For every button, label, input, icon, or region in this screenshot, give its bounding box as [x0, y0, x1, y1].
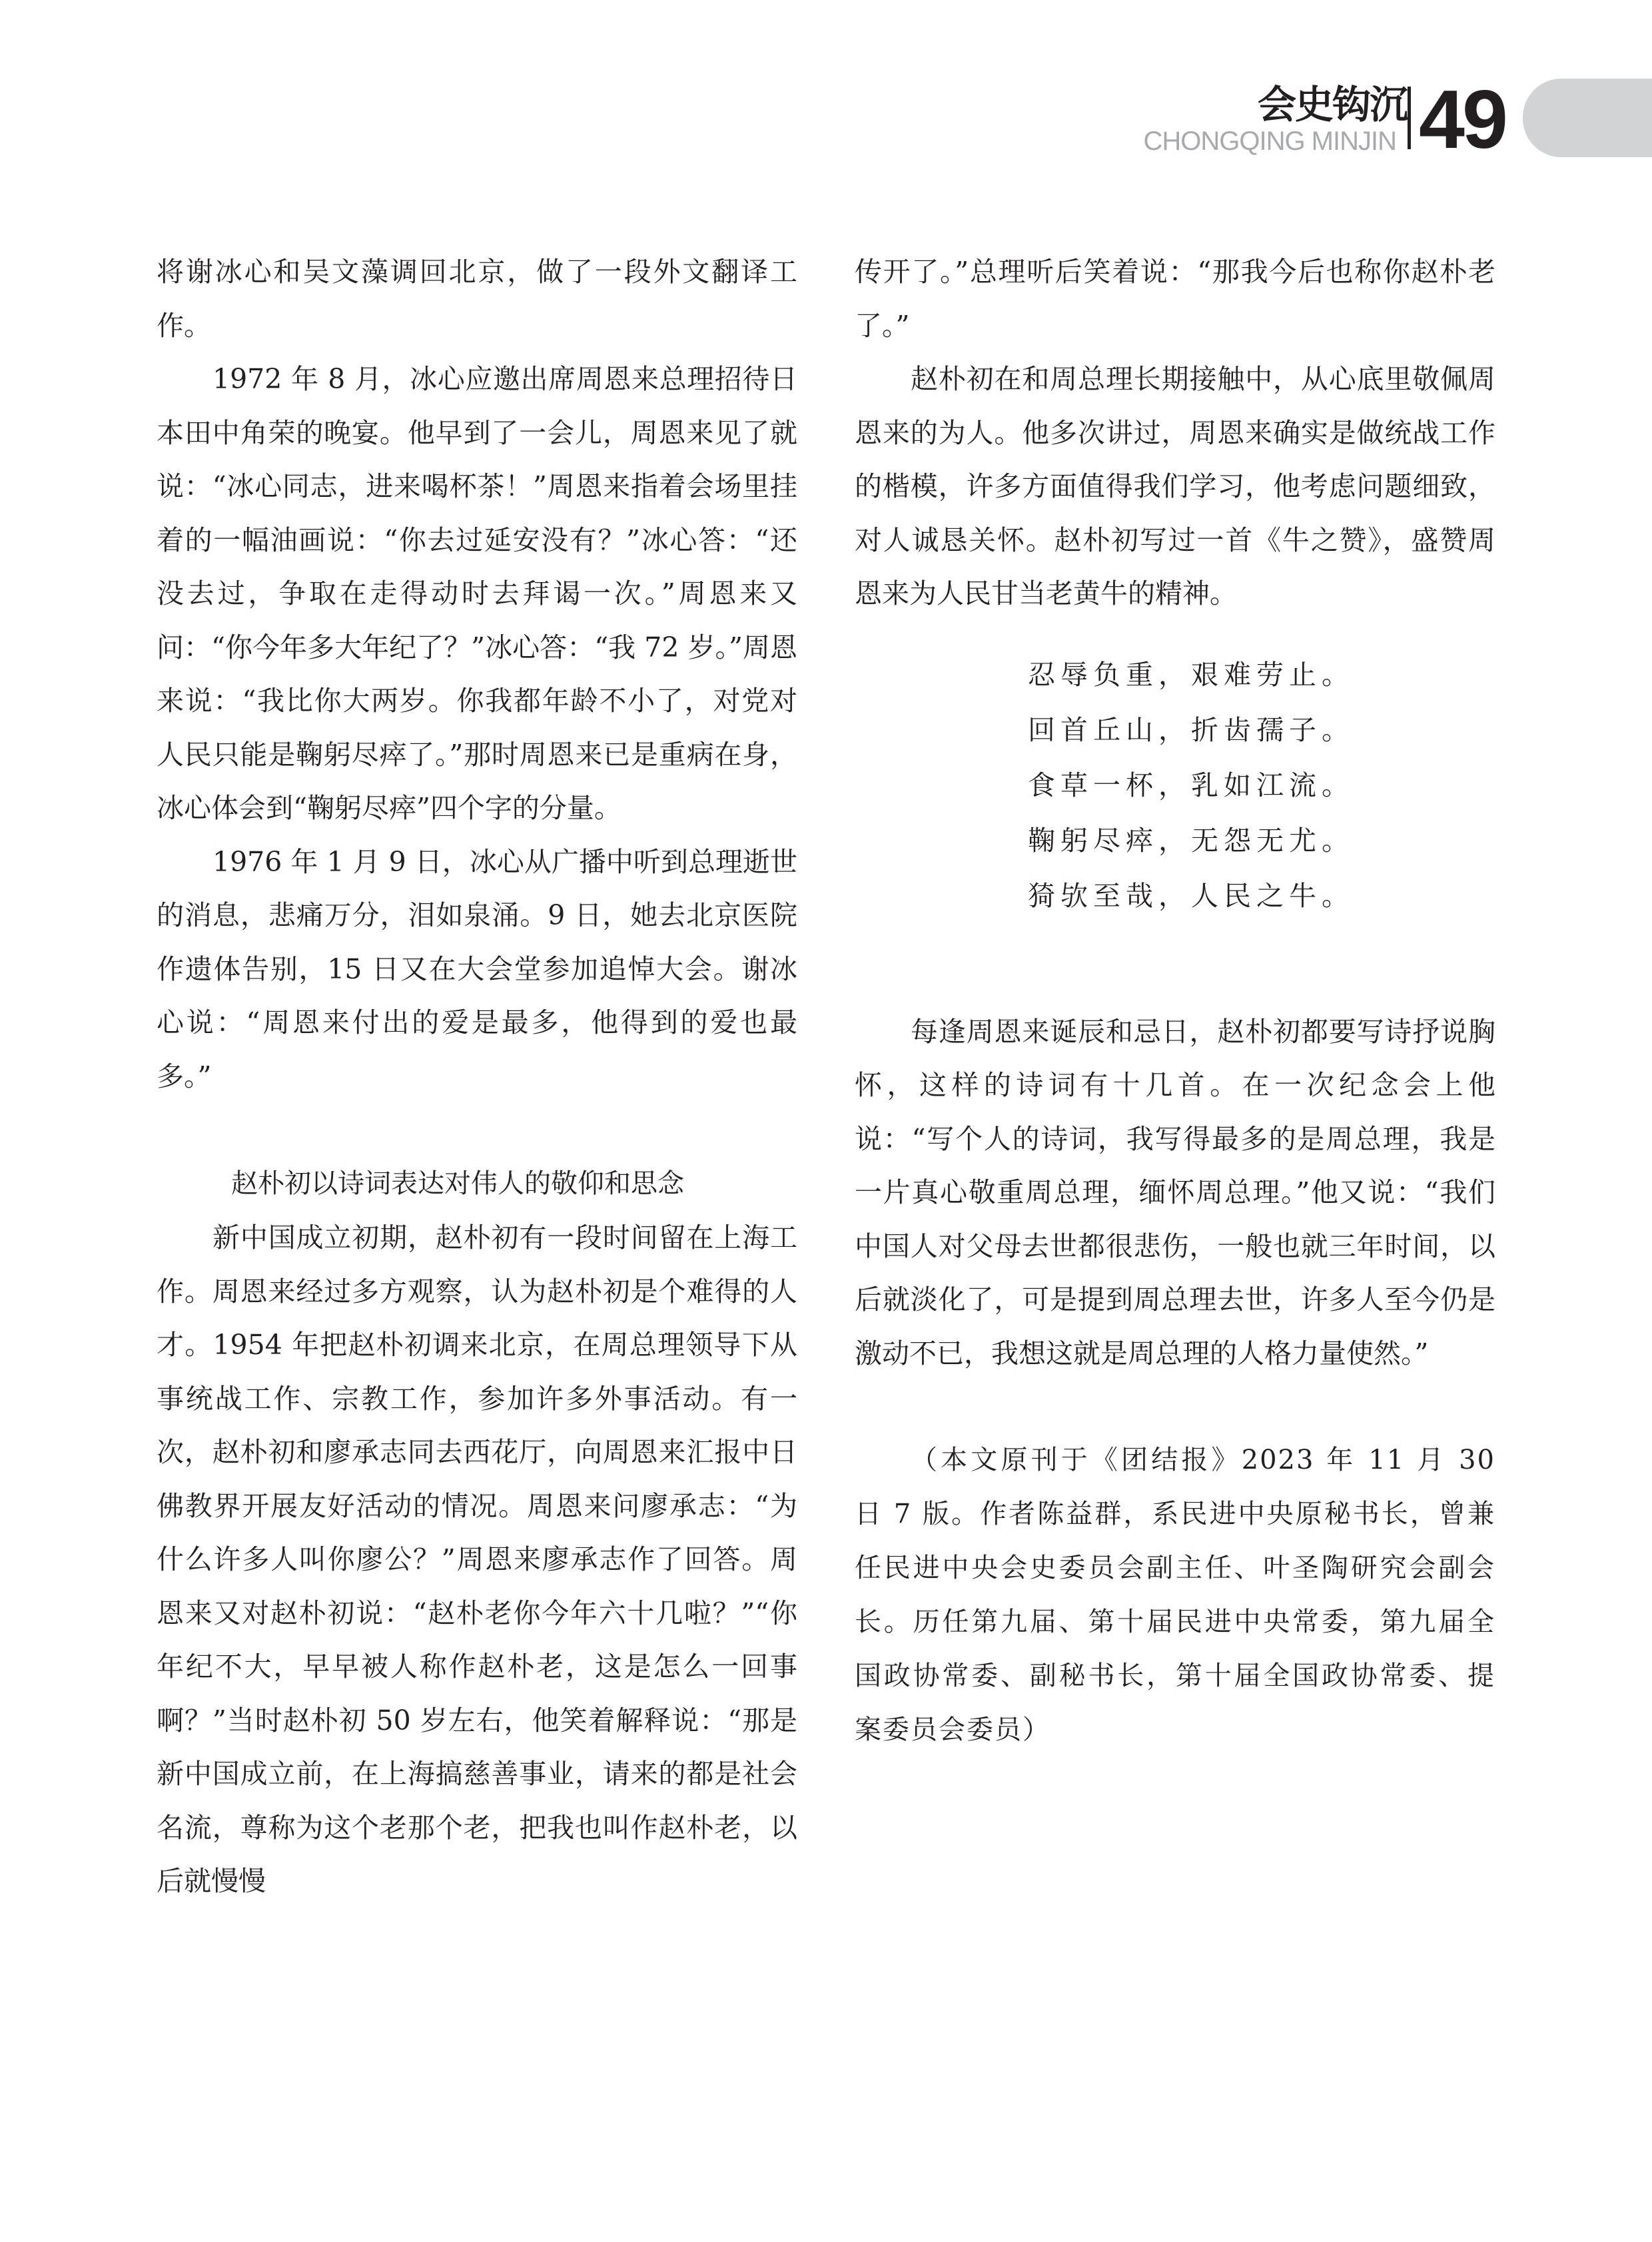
poem-line: 回首丘山，折齿孺子。: [1028, 703, 1495, 758]
paragraph: 传开了。”总理听后笑着说：“那我今后也称你赵朴老了。”: [855, 245, 1495, 352]
paragraph: 新中国成立初期，赵朴初有一段时间留在上海工作。周恩来经过多方观察，认为赵朴初是个…: [157, 1211, 797, 1908]
page-edge-tab: [1523, 79, 1652, 157]
poem-line: 食草一杯，乳如江流。: [1028, 758, 1495, 813]
spacer: [855, 1380, 1495, 1433]
poem-line: 鞠躬尽瘁，无怨无尤。: [1028, 813, 1495, 869]
paragraph: 将谢冰心和吴文藻调回北京，做了一段外文翻译工作。: [157, 245, 797, 352]
paragraph: 每逢周恩来诞辰和忌日，赵朴初都要写诗抒说胸怀，这样的诗词有十几首。在一次纪念会上…: [855, 1005, 1495, 1381]
section-title-en: CHONGQING MINJIN: [1092, 128, 1396, 155]
spacer: [157, 1103, 797, 1156]
paragraph: 1972 年 8 月，冰心应邀出席周恩来总理招待日本田中角荣的晚宴。他早到了一会…: [157, 352, 797, 835]
poem-line: 忍辱负重，艰难劳止。: [1028, 647, 1495, 703]
header-divider: [1408, 87, 1411, 149]
paragraph: 1976 年 1 月 9 日，冰心从广播中听到总理逝世的消息，悲痛万分，泪如泉涌…: [157, 835, 797, 1104]
section-heading: 赵朴初以诗词表达对伟人的敬仰和思念: [157, 1156, 797, 1211]
page-number: 49: [1419, 79, 1505, 161]
section-title-cn: 会史钩沉: [1239, 81, 1407, 128]
source-note: （本文原刊于《团结报》2023 年 11 月 30 日 7 版。作者陈益群，系民…: [855, 1433, 1495, 1757]
poem-block: 忍辱负重，艰难劳止。 回首丘山，折齿孺子。 食草一杯，乳如江流。 鞠躬尽瘁，无怨…: [855, 647, 1495, 924]
left-column: 将谢冰心和吴文藻调回北京，做了一段外文翻译工作。 1972 年 8 月，冰心应邀…: [157, 245, 797, 1908]
paragraph: 赵朴初在和周总理长期接触中，从心底里敬佩周恩来的为人。他多次讲过，周恩来确实是做…: [855, 352, 1495, 621]
spacer: [855, 952, 1495, 1005]
right-column: 传开了。”总理听后笑着说：“那我今后也称你赵朴老了。” 赵朴初在和周总理长期接触…: [855, 245, 1495, 1757]
poem-line: 猗欤至哉，人民之牛。: [1028, 869, 1495, 924]
